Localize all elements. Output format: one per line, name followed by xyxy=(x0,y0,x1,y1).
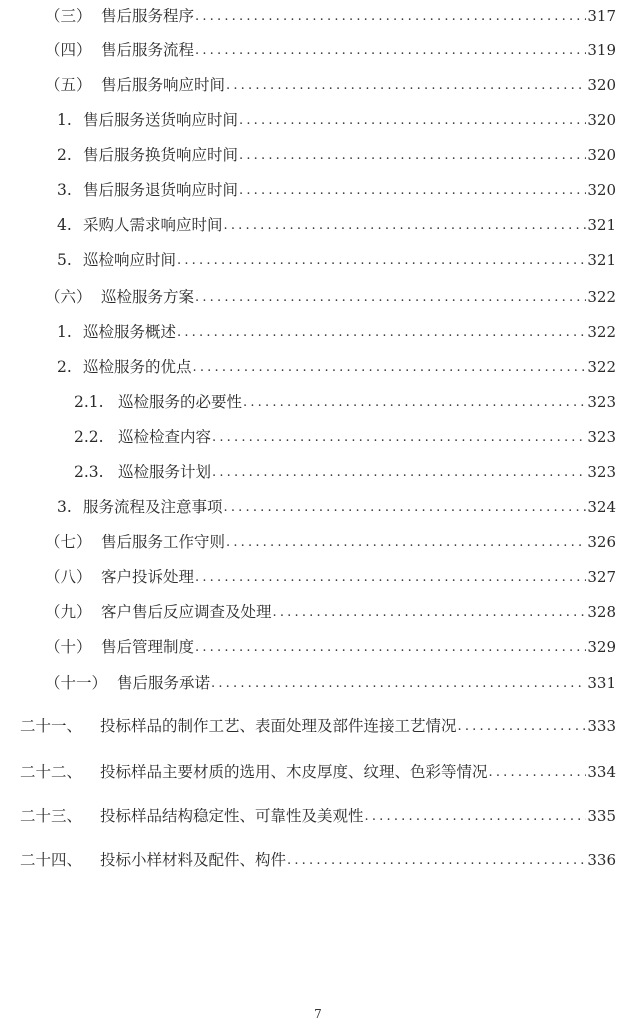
toc-entry[interactable]: 2.2. 巡检检查内容 ............................… xyxy=(0,423,636,447)
toc-entry-page: 329 xyxy=(587,637,636,657)
toc-entry[interactable]: 2. 售后服务换货响应时间 ..........................… xyxy=(0,141,636,165)
toc-entry-page: 323 xyxy=(587,462,636,482)
dot-leader: ........................................… xyxy=(177,252,586,270)
toc-entry-page: 327 xyxy=(587,567,636,587)
toc-entry-number: （四） xyxy=(45,40,101,60)
toc-entry-number: 2. xyxy=(57,357,83,377)
toc-entry-number: 二十四、 xyxy=(20,850,100,870)
toc-entry-title: 客户售后反应调查及处理 xyxy=(101,602,272,622)
toc-entry[interactable]: 3. 售后服务退货响应时间 ..........................… xyxy=(0,176,636,200)
toc-entry-title: 投标小样材料及配件、构件 xyxy=(100,850,286,870)
dot-leader: ........................................… xyxy=(195,42,586,60)
toc-entry-title: 售后服务工作守则 xyxy=(101,532,225,552)
toc-entry-title: 巡检检查内容 xyxy=(118,427,211,447)
dot-leader: ........................................… xyxy=(239,112,586,130)
toc-entry-title: 售后服务退货响应时间 xyxy=(83,180,238,200)
toc-entry[interactable]: 2. 巡检服务的优点 .............................… xyxy=(0,353,636,377)
dot-leader: ........................................… xyxy=(226,77,586,95)
toc-entry[interactable]: （三） 售后服务程序 .............................… xyxy=(0,2,636,26)
dot-leader: ........................................… xyxy=(287,852,586,870)
toc-entry-number: （九） xyxy=(45,602,101,622)
toc-entry-title: 售后服务送货响应时间 xyxy=(83,110,238,130)
toc-entry-number: 1. xyxy=(57,110,83,130)
toc-entry-number: 二十二、 xyxy=(20,762,100,782)
dot-leader: ........................................… xyxy=(212,464,586,482)
page-number: 7 xyxy=(0,1007,636,1021)
toc-entry-number: 2.1. xyxy=(74,392,118,412)
toc-entry-page: 321 xyxy=(587,215,636,235)
toc-entry-page: 321 xyxy=(587,250,636,270)
toc-entry[interactable]: 4. 采购人需求响应时间 ...........................… xyxy=(0,211,636,235)
toc-entry[interactable]: （四） 售后服务流程 .............................… xyxy=(0,36,636,60)
dot-leader: ........................................… xyxy=(239,147,586,165)
dot-leader: ........................................… xyxy=(177,324,586,342)
toc-entry-number: （十一） xyxy=(45,673,117,693)
toc-entry-title: 售后管理制度 xyxy=(101,637,194,657)
dot-leader: ........................................… xyxy=(224,217,587,235)
toc-entry[interactable]: 5. 巡检响应时间 ..............................… xyxy=(0,246,636,270)
toc-entry[interactable]: 1. 巡检服务概述 ..............................… xyxy=(0,318,636,342)
toc-entry[interactable]: （十） 售后管理制度 .............................… xyxy=(0,633,636,657)
dot-leader: ........................................… xyxy=(195,569,586,587)
toc-entry-title: 售后服务流程 xyxy=(101,40,194,60)
toc-entry-page: 328 xyxy=(587,602,636,622)
toc-entry-number: （六） xyxy=(45,287,101,307)
toc-entry[interactable]: （十一） 售后服务承诺 ............................… xyxy=(0,669,636,693)
dot-leader: ........................................… xyxy=(224,499,587,517)
dot-leader: ........................................… xyxy=(365,808,587,826)
toc-entry[interactable]: 2.1. 巡检服务的必要性 ..........................… xyxy=(0,388,636,412)
dot-leader: ........................................… xyxy=(212,429,586,447)
toc-entry-title: 巡检服务概述 xyxy=(83,322,176,342)
toc-entry-page: 331 xyxy=(587,673,636,693)
toc-entry-title: 投标样品的制作工艺、表面处理及部件连接工艺情况 xyxy=(100,716,457,736)
toc-entry-page: 335 xyxy=(587,806,636,826)
toc-entry-page: 323 xyxy=(587,392,636,412)
toc-entry-page: 324 xyxy=(587,497,636,517)
toc-entry[interactable]: （六） 巡检服务方案 .............................… xyxy=(0,283,636,307)
toc-entry-number: （十） xyxy=(45,637,101,657)
toc-entry[interactable]: 2.3. 巡检服务计划 ............................… xyxy=(0,458,636,482)
dot-leader: ........................................… xyxy=(211,675,586,693)
toc-entry-title: 巡检响应时间 xyxy=(83,250,176,270)
toc-entry-page: 322 xyxy=(587,287,636,307)
toc-entry[interactable]: 3. 服务流程及注意事项 ...........................… xyxy=(0,493,636,517)
toc-entry-number: （八） xyxy=(45,567,101,587)
toc-entry[interactable]: 1. 售后服务送货响应时间 ..........................… xyxy=(0,106,636,130)
toc-entry-number: 1. xyxy=(57,322,83,342)
toc-entry-number: （三） xyxy=(45,6,101,26)
toc-entry[interactable]: 二十二、 投标样品主要材质的选用、木皮厚度、纹理、色彩等情况 .........… xyxy=(0,758,636,782)
toc-entry[interactable]: （八） 客户投诉处理 .............................… xyxy=(0,563,636,587)
toc-entry-title: 巡检服务的优点 xyxy=(83,357,192,377)
toc-entry-title: 巡检服务的必要性 xyxy=(118,392,242,412)
dot-leader: ........................................… xyxy=(195,8,586,26)
toc-entry-page: 319 xyxy=(587,40,636,60)
toc-entry-number: 4. xyxy=(57,215,83,235)
toc-entry[interactable]: 二十三、 投标样品结构稳定性、可靠性及美观性 .................… xyxy=(0,802,636,826)
toc-entry-number: 3. xyxy=(57,180,83,200)
toc-entry[interactable]: （七） 售后服务工作守则 ...........................… xyxy=(0,528,636,552)
dot-leader: ........................................… xyxy=(195,639,586,657)
toc-entry-title: 客户投诉处理 xyxy=(101,567,194,587)
toc-entry-number: （五） xyxy=(45,75,101,95)
dot-leader: ........................................… xyxy=(273,604,587,622)
toc-entry-page: 322 xyxy=(587,322,636,342)
toc-entry-title: 售后服务程序 xyxy=(101,6,194,26)
toc-entry-page: 317 xyxy=(587,6,636,26)
dot-leader: ........................................… xyxy=(458,718,587,736)
toc-entry-page: 320 xyxy=(587,145,636,165)
toc-entry-number: 二十一、 xyxy=(20,716,100,736)
toc-entry-page: 322 xyxy=(587,357,636,377)
toc-entry-title: 巡检服务计划 xyxy=(118,462,211,482)
toc-entry-title: 售后服务响应时间 xyxy=(101,75,225,95)
toc-entry[interactable]: 二十四、 投标小样材料及配件、构件 ......................… xyxy=(0,846,636,870)
toc-entry-title: 巡检服务方案 xyxy=(101,287,194,307)
toc-entry-number: 5. xyxy=(57,250,83,270)
dot-leader: ........................................… xyxy=(193,359,587,377)
dot-leader: ........................................… xyxy=(239,182,586,200)
toc-entry-page: 326 xyxy=(587,532,636,552)
toc-entry-number: 二十三、 xyxy=(20,806,100,826)
toc-entry-number: 2.2. xyxy=(74,427,118,447)
dot-leader: ........................................… xyxy=(489,764,587,782)
dot-leader: ........................................… xyxy=(195,289,586,307)
toc-entry-number: 2. xyxy=(57,145,83,165)
toc-entry-number: （七） xyxy=(45,532,101,552)
toc-entry-page: 320 xyxy=(587,110,636,130)
toc-entry[interactable]: 二十一、 投标样品的制作工艺、表面处理及部件连接工艺情况 ...........… xyxy=(0,712,636,736)
toc-entry-title: 采购人需求响应时间 xyxy=(83,215,223,235)
dot-leader: ........................................… xyxy=(226,534,586,552)
toc-entry-page: 320 xyxy=(587,75,636,95)
toc-entry-title: 售后服务承诺 xyxy=(117,673,210,693)
toc-entry-title: 售后服务换货响应时间 xyxy=(83,145,238,165)
toc-entry[interactable]: （九） 客户售后反应调查及处理 ........................… xyxy=(0,598,636,622)
toc-entry-number: 2.3. xyxy=(74,462,118,482)
toc-entry-title: 服务流程及注意事项 xyxy=(83,497,223,517)
toc-entry[interactable]: （五） 售后服务响应时间 ...........................… xyxy=(0,71,636,95)
toc-entry-title: 投标样品主要材质的选用、木皮厚度、纹理、色彩等情况 xyxy=(100,762,488,782)
toc-entry-page: 320 xyxy=(587,180,636,200)
toc-entry-page: 334 xyxy=(587,762,636,782)
toc-entry-number: 3. xyxy=(57,497,83,517)
toc-entry-page: 323 xyxy=(587,427,636,447)
dot-leader: ........................................… xyxy=(243,394,586,412)
toc-entry-title: 投标样品结构稳定性、可靠性及美观性 xyxy=(100,806,364,826)
toc-entry-page: 336 xyxy=(587,850,636,870)
toc-entry-page: 333 xyxy=(587,716,636,736)
